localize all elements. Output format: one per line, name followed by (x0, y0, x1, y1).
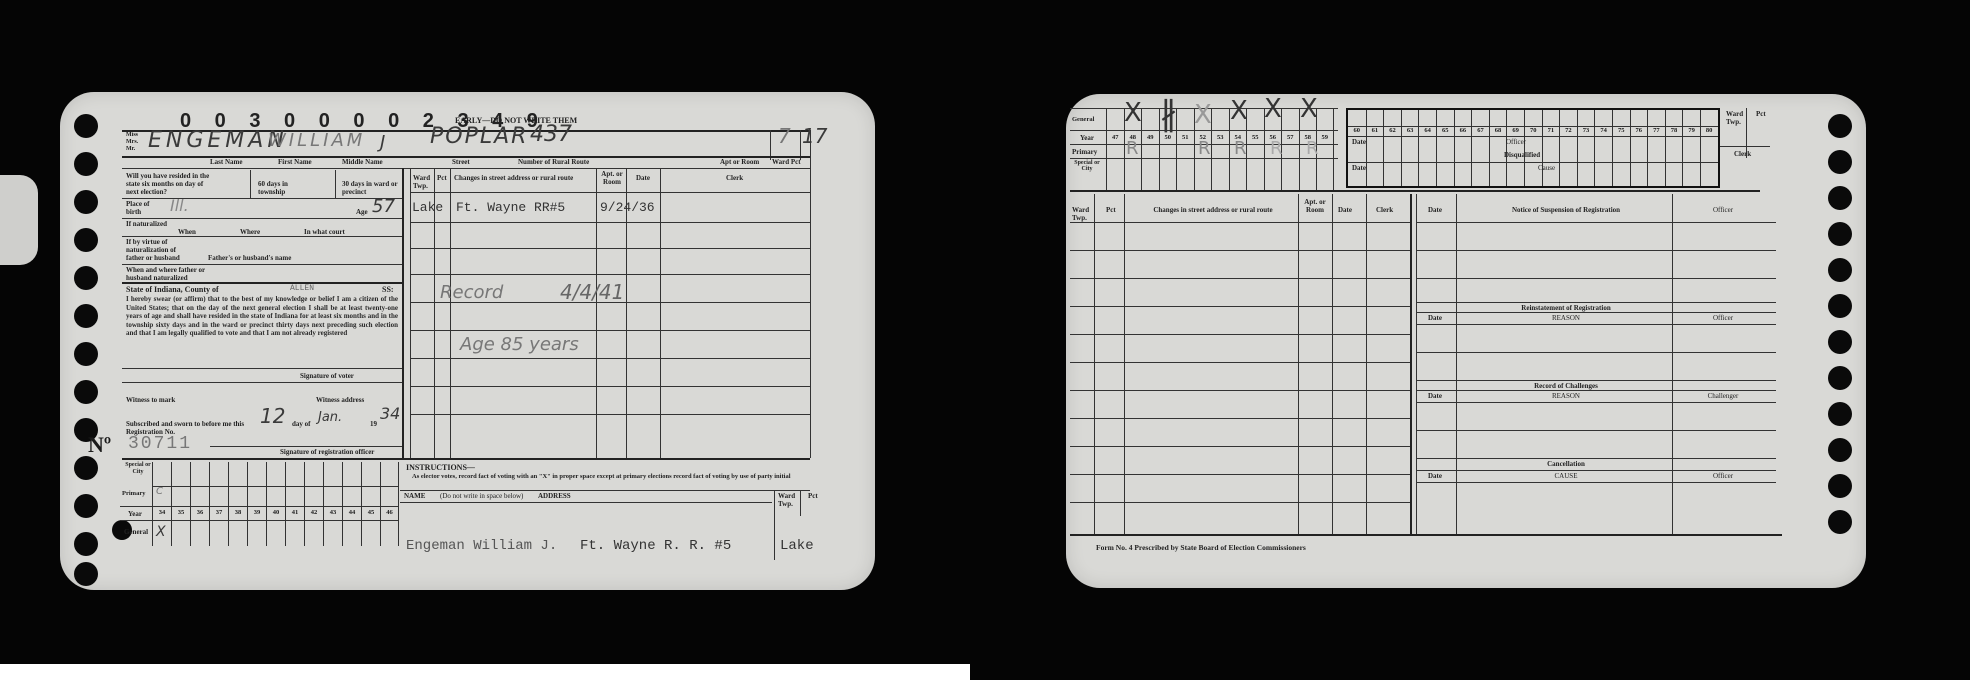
punch-hole-icon (1828, 510, 1852, 534)
divider (122, 218, 402, 219)
cancellation-header-officer: Officer (1678, 472, 1768, 480)
divider (410, 248, 810, 249)
card-edge-stub (0, 175, 38, 265)
label-naturalization-virtue: If by virtue of naturalization of father… (126, 238, 194, 262)
street-value: POPLAR (430, 124, 528, 149)
year-cell: 39 (247, 462, 266, 546)
divider (1416, 390, 1776, 391)
divider (1416, 222, 1776, 223)
row-label-special: Special or City (124, 462, 152, 476)
year-cell: 36 (190, 462, 209, 546)
boxed-label-cause: Cause (1538, 164, 1555, 172)
punch-hole-icon (1828, 438, 1852, 462)
year-cell: 38 (228, 462, 247, 546)
year-cell: 64 (1418, 110, 1436, 186)
divider (1332, 194, 1333, 534)
label-age: Age (356, 208, 368, 216)
label-ward-pct: Ward Pct (772, 158, 801, 166)
bottom-white-strip (0, 664, 970, 680)
changes-header-apt: Apt. or Room (600, 170, 624, 186)
label-signature-voter: Signature of voter (300, 372, 354, 380)
punch-hole-icon (1828, 474, 1852, 498)
general-vote-mark-52: X (1194, 100, 1212, 130)
divider (774, 490, 775, 560)
divider (1298, 194, 1299, 534)
changes-header-clerk: Clerk (1376, 206, 1393, 214)
divider (410, 386, 810, 387)
punch-hole-icon (74, 228, 98, 252)
changes-row-4-note: Record (440, 282, 503, 303)
label-naturalized: If naturalized (126, 220, 176, 228)
punch-hole-icon (1828, 402, 1852, 426)
label-last-name: Last Name (210, 158, 242, 166)
year-cell: 78 (1665, 110, 1683, 186)
divider (1416, 352, 1776, 353)
divider (1410, 194, 1412, 534)
footer-header-address: ADDRESS (538, 492, 571, 500)
punch-hole-icon (74, 562, 98, 586)
divider (1070, 306, 1410, 307)
divider (1456, 194, 1457, 534)
oath-text: I hereby swear (or affirm) that to the b… (126, 295, 398, 338)
label-street: Street (452, 158, 470, 166)
divider (1416, 380, 1776, 381)
year-cell: 57 (1281, 108, 1299, 190)
divider (1070, 502, 1410, 503)
divider (1416, 278, 1776, 279)
challenges-title: Record of Challenges (1466, 382, 1666, 390)
primary-mark-34: C (156, 486, 163, 497)
year-cell: 75 (1612, 110, 1630, 186)
year-cell: 37 (209, 462, 228, 546)
general-vote-mark-48: X (1124, 98, 1142, 128)
row-label-year: Year (1080, 134, 1094, 142)
challenges-header-reason: REASON (1466, 392, 1666, 400)
punch-hole-icon (74, 456, 98, 480)
divider (410, 330, 810, 331)
boxed-year-grid: 60 61 62 63 64 65 66 67 68 69 70 71 72 7… (1346, 108, 1720, 188)
divider (1070, 534, 1782, 536)
divider (1070, 362, 1410, 363)
punch-hole-icon (74, 342, 98, 366)
general-mark-34: X (156, 524, 166, 540)
year-cell: 77 (1647, 110, 1665, 186)
year-cell: 79 (1682, 110, 1700, 186)
footer-ward-value: Lake (780, 538, 814, 554)
divider (122, 458, 810, 460)
divider (1348, 162, 1718, 163)
label-middle-name: Middle Name (342, 158, 383, 166)
reinstatement-title: Reinstatement of Registration (1466, 304, 1666, 312)
middle-name-value: J (380, 132, 385, 153)
divider (400, 502, 772, 503)
label-place-of-birth: Place of birth (126, 200, 166, 216)
punch-hole-icon (1828, 186, 1852, 210)
divider (335, 170, 336, 198)
divider (1416, 312, 1776, 313)
cancellation-title: Cancellation (1466, 460, 1666, 468)
primary-vote-mark: R (1234, 138, 1247, 159)
suspension-header-date: Date (1428, 206, 1442, 214)
primary-vote-mark: R (1126, 138, 1139, 159)
divider (122, 168, 810, 169)
punch-hole-icon (74, 532, 98, 556)
year-prefix: 19 (370, 420, 377, 428)
year-cell: 76 (1630, 110, 1648, 186)
punch-hole-icon (74, 266, 98, 290)
year-cell: 46 (380, 462, 399, 546)
county-value: ALLEN (290, 284, 314, 293)
first-name-value: WILLIAM (268, 130, 365, 151)
label-witness-mark: Witness to mark (126, 396, 175, 404)
punch-hole-icon (1828, 294, 1852, 318)
divider (1124, 194, 1125, 534)
divider (122, 236, 402, 237)
registration-card-back: General Year Primary Special or City 47 … (1066, 94, 1866, 588)
cancellation-header-cause: CAUSE (1466, 472, 1666, 480)
row-label-general: General (1072, 116, 1094, 124)
divider (1720, 146, 1770, 147)
divider (410, 358, 810, 359)
changes-header-date: Date (636, 174, 650, 182)
divider (1416, 458, 1776, 459)
punch-hole-icon (74, 190, 98, 214)
divider (250, 170, 251, 198)
year-value: 34 (380, 404, 400, 423)
house-number-value: 437 (530, 122, 572, 147)
divider (1070, 278, 1410, 279)
punch-hole-icon (1828, 330, 1852, 354)
cancellation-header-date: Date (1428, 472, 1442, 480)
divider (1416, 430, 1776, 431)
year-columns: 34 35 36 37 38 39 40 41 42 43 44 45 46 (152, 462, 399, 546)
question-township: 60 days in township (258, 180, 308, 196)
year-cell: 61 (1366, 110, 1384, 186)
day-of-label: day of (292, 420, 310, 428)
divider (1416, 194, 1417, 534)
divider (1094, 194, 1095, 534)
place-of-birth-value: Ill. (170, 196, 189, 215)
top-clerk-label: Clerk (1734, 150, 1751, 158)
divider (1416, 470, 1776, 471)
year-cell: 68 (1489, 110, 1507, 186)
voting-record-grid: Special or City Primary Year General 34 … (120, 462, 450, 574)
year-cell: 65 (1436, 110, 1454, 186)
label-witness-address: Witness address (316, 396, 364, 404)
year-cell: 62 (1383, 110, 1401, 186)
general-vote-mark-56: X (1264, 94, 1282, 124)
year-cell: 55 (1246, 108, 1264, 190)
row-label-primary: Primary (1072, 148, 1097, 156)
divider (1348, 136, 1718, 137)
label-father-name: Father's or husband's name (208, 254, 291, 262)
reinstatement-header-officer: Officer (1678, 314, 1768, 322)
year-cell: 73 (1577, 110, 1595, 186)
divider (1348, 126, 1718, 127)
divider (410, 274, 810, 275)
divider (1416, 402, 1776, 403)
divider (410, 222, 810, 223)
divider (1070, 418, 1410, 419)
registration-no-prefix: Nº (88, 432, 111, 458)
footer-header-note: (Do not write in space below) (440, 492, 523, 500)
label-when: When (178, 228, 196, 236)
changes-header-ward: Ward Twp. (1072, 206, 1094, 222)
divider (122, 198, 402, 199)
divider (1672, 194, 1673, 534)
challenges-header-challenger: Challenger (1678, 392, 1768, 400)
year-cell: 80 (1700, 110, 1718, 186)
year-cell: 59 (1316, 108, 1334, 190)
top-pct-label: Pct (1756, 110, 1766, 118)
label-father-naturalized: When and where father or husband natural… (126, 266, 216, 282)
changes-row-1-ward: Lake (412, 200, 443, 215)
divider (1070, 446, 1410, 447)
divider (1416, 250, 1776, 251)
footer-header-pct: Pct (808, 492, 818, 500)
divider (402, 168, 404, 458)
year-cell: 69 (1506, 110, 1524, 186)
changes-header-apt: Apt. or Room (1300, 198, 1330, 214)
footer-address-value: Ft. Wayne R. R. #5 (580, 538, 731, 554)
footer-name-value: Engeman William J. (406, 538, 557, 554)
year-cell: 43 (323, 462, 342, 546)
year-cell: 60 (1348, 110, 1366, 186)
title-miss: Miss (126, 132, 138, 138)
reinstatement-header-date: Date (1428, 314, 1442, 322)
primary-vote-mark: R (1306, 138, 1319, 159)
boxed-label-date-2: Date (1352, 164, 1366, 172)
title-mr: Mr. (126, 146, 135, 152)
year-cell: 53 (1211, 108, 1229, 190)
footer-header-ward: Ward Twp. (778, 492, 794, 508)
primary-vote-mark: R (1198, 138, 1211, 159)
changes-row-6-note: Age 85 years (460, 334, 579, 355)
punch-hole-icon (74, 494, 98, 518)
reinstatement-header-reason: REASON (1466, 314, 1666, 322)
suspension-header-officer: Officer (1678, 206, 1768, 214)
divider (800, 490, 801, 516)
label-first-name: First Name (278, 158, 312, 166)
divider (1070, 390, 1410, 391)
year-cell: 45 (361, 462, 380, 546)
year-cell: 70 (1524, 110, 1542, 186)
year-cell: 49 (1141, 108, 1159, 190)
year-cell: 66 (1454, 110, 1472, 186)
year-cell: 35 (171, 462, 190, 546)
divider (122, 382, 402, 383)
changes-header-pct: Pct (1106, 206, 1116, 214)
boxed-label-date: Date (1352, 138, 1366, 146)
year-cell: 74 (1594, 110, 1612, 186)
changes-row-4-date: 4/4/41 (560, 280, 624, 304)
row-label-general: General (124, 528, 148, 536)
changes-header-ward: Ward Twp. (413, 174, 433, 190)
title-mrs: Mrs. (126, 139, 138, 145)
punch-hole-icon (74, 380, 98, 404)
form-footer: Form No. 4 Prescribed by State Board of … (1096, 544, 1306, 552)
divider (1416, 302, 1776, 303)
suspension-header-notice: Notice of Suspension of Registration (1466, 206, 1666, 214)
oath-state-county: State of Indiana, County of (126, 286, 219, 294)
last-name-value: ENGEMAN (148, 128, 288, 153)
boxed-year-columns: 60 61 62 63 64 65 66 67 68 69 70 71 72 7… (1348, 110, 1717, 186)
divider (210, 446, 402, 447)
divider (1070, 190, 1760, 192)
changes-header-pct: Pct (437, 174, 447, 182)
punch-hole-icon (74, 152, 98, 176)
divider (1366, 194, 1367, 534)
question-state-residence: Will you have resided in the state six m… (126, 172, 214, 196)
divider (1070, 250, 1410, 251)
changes-header-address: Changes in street address or rural route (1130, 206, 1296, 214)
year-cell: 51 (1176, 108, 1194, 190)
divider (1416, 324, 1776, 325)
punch-hole-icon (74, 304, 98, 328)
divider (1070, 334, 1410, 335)
punch-hole-icon (1828, 258, 1852, 282)
primary-vote-mark: R (1270, 138, 1283, 159)
changes-row-1-address: Ft. Wayne RR#5 (456, 200, 565, 215)
changes-header-clerk: Clerk (726, 174, 743, 182)
changes-header-address: Changes in street address or rural route (454, 174, 594, 182)
label-apt-room: Apt or Room (720, 158, 759, 166)
oath-ss: SS: (382, 286, 394, 294)
year-cell: 40 (266, 462, 285, 546)
punch-hole-icon (1828, 114, 1852, 138)
instructions-text: As elector votes, record fact of voting … (412, 473, 802, 481)
row-label-special: Special or City (1072, 160, 1102, 172)
registration-card-front: 0 0 3 0 0 0 0 2 3 4 9 EARLY—DO NOT WRITE… (60, 92, 875, 590)
punch-hole-icon (1828, 150, 1852, 174)
divider (410, 192, 810, 193)
divider (1416, 482, 1776, 483)
boxed-label-disqualified: Disqualified (1504, 151, 1540, 159)
top-ward-label: Ward Twp. (1726, 110, 1746, 126)
year-cell: 67 (1471, 110, 1489, 186)
year-cell: 44 (342, 462, 361, 546)
divider (400, 490, 810, 491)
instructions-title: INSTRUCTIONS— (406, 464, 475, 472)
punch-hole-icon (1828, 222, 1852, 246)
age-value: 57 (372, 196, 395, 217)
punch-hole-icon (74, 114, 98, 138)
divider (122, 368, 402, 369)
changes-row-1-date: 9/24/36 (600, 200, 655, 215)
year-cell: 63 (1401, 110, 1419, 186)
general-vote-mark-58: X (1300, 94, 1318, 124)
year-cell: 47 (1106, 108, 1124, 190)
challenges-header-date: Date (1428, 392, 1442, 400)
label-court: In what court (304, 228, 345, 236)
month-value: Jan. (318, 410, 342, 425)
general-vote-mark-54: X (1230, 96, 1248, 126)
year-cell: 41 (285, 462, 304, 546)
divider (122, 264, 402, 265)
boxed-label-officer: Officer (1506, 138, 1526, 146)
row-label-year: Year (128, 510, 142, 518)
registration-no-value: 30711 (128, 434, 192, 454)
divider (410, 414, 810, 415)
footer-header-name: NAME (404, 492, 425, 500)
label-where: Where (240, 228, 260, 236)
divider (122, 282, 402, 284)
row-label-primary: Primary (122, 490, 145, 498)
label-officer-signature: Signature of registration officer (280, 448, 374, 456)
divider (810, 130, 811, 458)
year-cell: 71 (1542, 110, 1560, 186)
punch-hole-icon (1828, 366, 1852, 390)
general-vote-mark-50: ∦ (1160, 94, 1177, 134)
subscribed-text: Subscribed and sworn to before me this (126, 420, 244, 428)
divider (1070, 474, 1410, 475)
pct-value: 17 (802, 124, 827, 148)
divider (1070, 222, 1410, 223)
changes-header-date: Date (1338, 206, 1352, 214)
label-rural-route: Number of Rural Route (518, 158, 589, 166)
year-cell: 42 (304, 462, 323, 546)
ward-value: 7 (778, 124, 791, 148)
day-value: 12 (260, 404, 285, 428)
year-cell: 72 (1559, 110, 1577, 186)
